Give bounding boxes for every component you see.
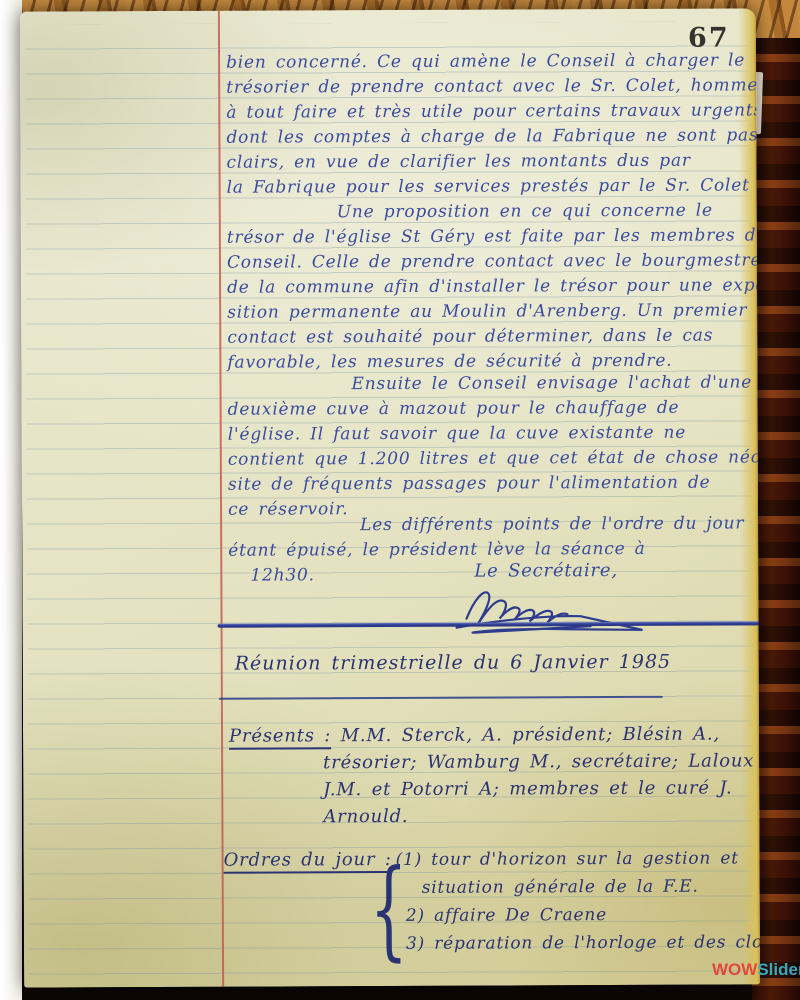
handwritten-line: Les différents points de l'ordre du jour [228,511,744,538]
paragraph-cuve-mazout: Ensuite le Conseil envisage l'achat d'un… [227,370,760,522]
handwritten-line: Une proposition en ce qui concerne le [227,198,760,225]
agenda-item-1: (1) tour d'horizon sur la gestion et [396,846,739,872]
handwritten-line: sition permanente au Moulin d'Arenberg. … [227,298,760,325]
handwritten-line: de la commune afin d'installer le trésor… [227,273,760,300]
paragraph-tresor-eglise: Une proposition en ce qui concerne le tr… [227,198,760,375]
handwritten-line: clairs, en vue de clarifier les montants… [226,148,760,175]
handwritten-line: à tout faire et très utile pour certains… [226,98,760,125]
notebook-page: 67 bien concerné. Ce qui amène le Consei… [20,8,760,987]
agenda-label: Ordres du jour : [224,849,392,874]
handwritten-line: la Fabrique pour les services prestés pa… [227,173,761,200]
presents-line-3: J.M. et Potorri A; membres et le curé J. [323,775,732,804]
agenda-label-row: Ordres du jour : [224,846,392,874]
handwritten-line: contact est souhaité pour déterminer, da… [227,323,760,350]
handwritten-line: Conseil. Celle de prendre contact avec l… [227,248,760,275]
handwritten-line: Ensuite le Conseil envisage l'achat d'un… [227,370,760,397]
closing-le-secretaire: Le Secrétaire, [474,558,618,584]
presents-line-1: Présents : M.M. Sterck, A. président; Bl… [229,721,720,750]
handwritten-line: trésorier de prendre contact avec le Sr.… [226,73,760,100]
agenda-item-1b: situation générale de la F.E. [422,875,699,901]
wowslider-watermark[interactable]: WOWSlider [712,960,800,980]
presents-line-4: Arnould. [323,803,408,830]
handwritten-line: site de fréquents passages pour l'alimen… [228,470,760,497]
handwritten-line: l'église. Il faut savoir que la cuve exi… [228,420,760,447]
meeting-title: Réunion trimestrielle du 6 Janvier 1985 [235,650,671,677]
secretary-signature [450,582,660,639]
watermark-slider-text: Slider [757,960,800,979]
handwritten-line: trésor de l'église St Géry est faite par… [227,223,760,250]
handwritten-line: dont les comptes à charge de la Fabrique… [226,123,760,150]
handwritten-line: bien concerné. Ce qui amène le Conseil à… [226,48,760,75]
presents-label: Présents : [229,725,331,749]
paragraph-treasurer-colet: bien concerné. Ce qui amène le Conseil à… [226,48,760,200]
presents-line-2: trésorier; Wamburg M., secrétaire; Lalou… [323,747,754,776]
handwritten-line: deuxième cuve à mazout pour le chauffage… [228,395,761,422]
agenda-item-2: 2) affaire De Craene [406,903,607,929]
handwritten-line: M.M. Sterck, A. président; Blésin A., [341,724,720,747]
handwritten-line: contient que 1.200 litres et que cet éta… [228,445,760,472]
watermark-wow-text: WOW [712,960,757,979]
adjacent-page-edge [0,0,22,1000]
agenda-item-3: 3) réparation de l'horloge et des cloche… [406,930,760,957]
